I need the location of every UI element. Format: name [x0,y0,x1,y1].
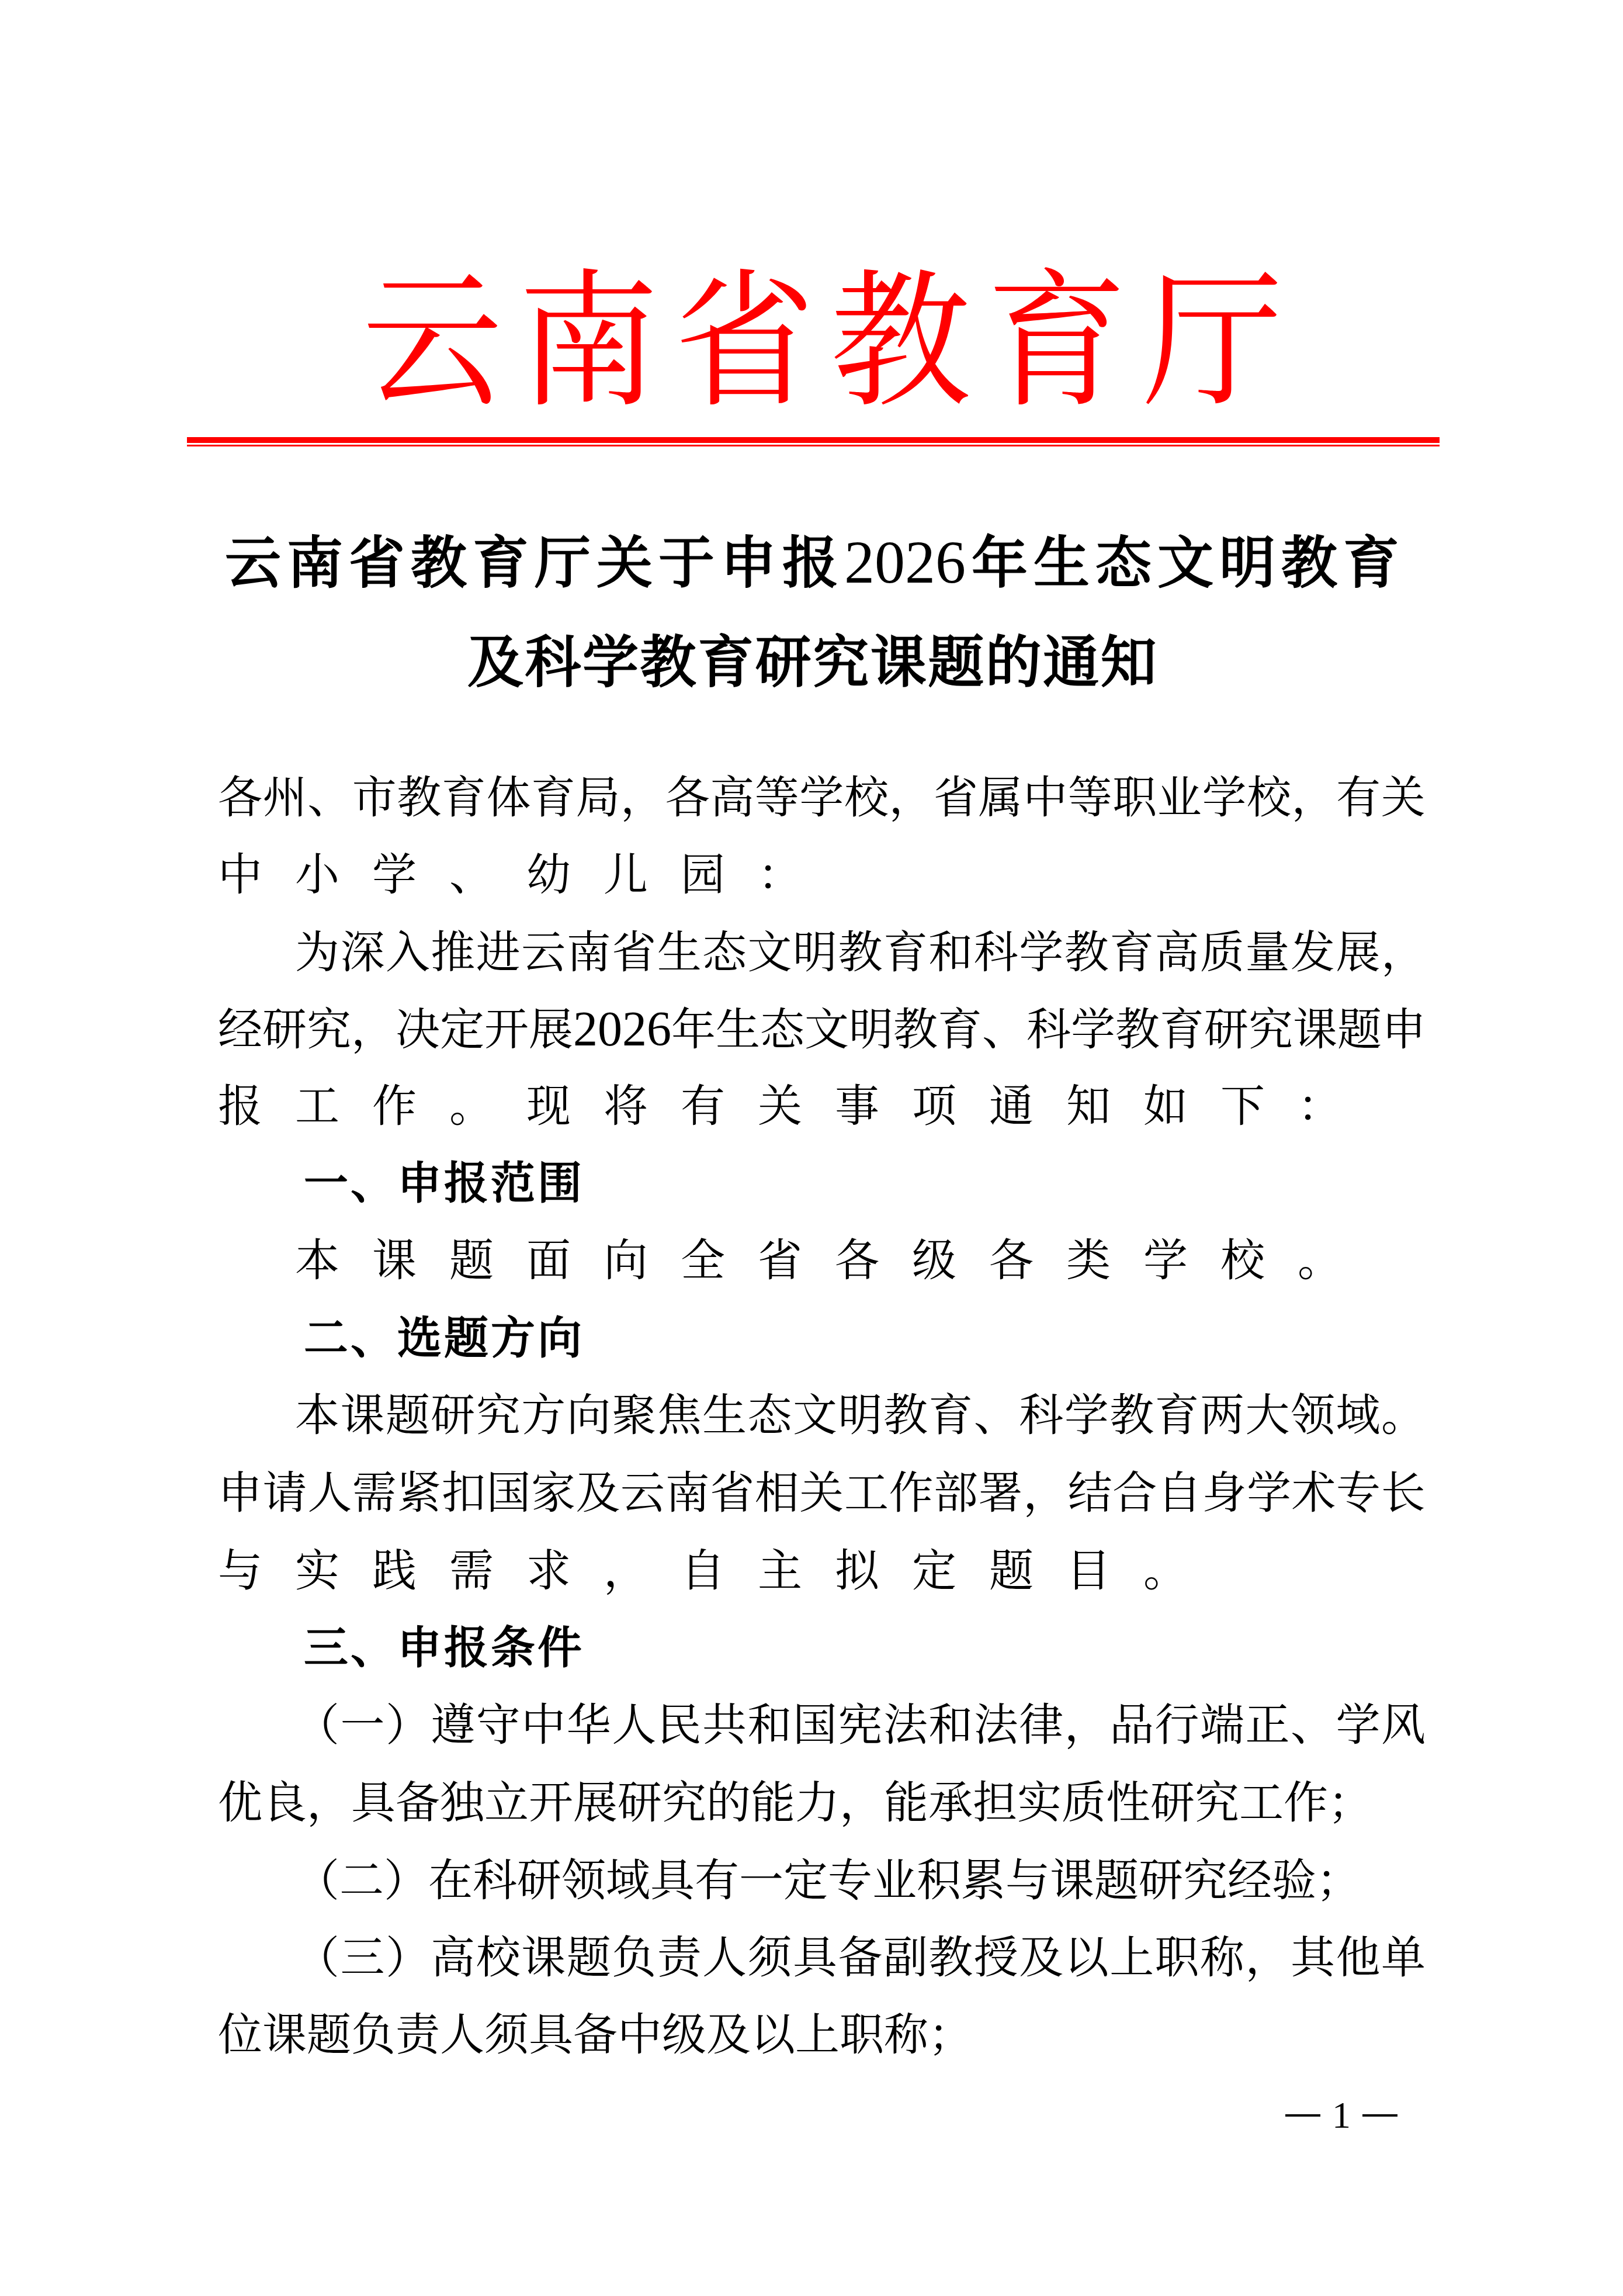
masthead-char: 教 [831,268,971,415]
masthead-red-rule-thin [187,445,1440,446]
masthead-org-name: 云 南 省 教 育 厅 [187,266,1440,418]
eligibility-item-1-line-1: （一）遵守中华人民共和国宪法和法律，品行端正、学风 [295,1696,1426,1754]
document-title-line-2: 及科学教育研究课题的通知 [467,627,1157,697]
addressee-line-2: 中小学、幼儿园： [218,846,1426,904]
masthead-char: 厅 [1143,268,1283,415]
eligibility-item-3-line-2: 位课题负责人须具备中级及以上职称； [218,2006,887,2064]
document-title-line-1: 云南省教育厅关于申报2026年生态文明教育 [225,528,1399,598]
intro-paragraph-line-2: 经研究，决定开展2026年生态文明教育、科学教育研究课题申 [218,1000,1426,1059]
section-heading-scope: 一、申报范围 [304,1154,584,1213]
page-number-dash-left [1285,2114,1320,2117]
section-topic-line-1: 本课题研究方向聚焦生态文明教育、科学教育两大领域。 [295,1386,1426,1445]
eligibility-item-3-line-1: （三）高校课题负责人须具备副教授及以上职称，其他单 [295,1928,1426,1987]
intro-paragraph-line-1: 为深入推进云南省生态文明教育和科学教育高质量发展， [295,923,1426,982]
masthead-char: 南 [518,268,658,415]
eligibility-item-1-line-2: 优良，具备独立开展研究的能力，能承担实质性研究工作； [218,1774,1351,1832]
masthead-char: 省 [674,268,814,415]
intro-paragraph-line-3: 报工作。现将有关事项通知如下： [218,1077,1426,1135]
section-heading-eligibility: 三、申报条件 [304,1619,584,1677]
eligibility-item-2: （二）在科研领域具有一定专业积累与课题研究经验； [295,1851,1351,1910]
page-number-dash-right [1362,2114,1397,2117]
addressee-line-1: 各州、市教育体育局，各高等学校，省属中等职业学校，有关 [218,768,1426,827]
section-topic-line-2: 申请人需紧扣国家及云南省相关工作部署，结合自身学术专长 [218,1464,1426,1522]
page-number: 1 [1285,2095,1397,2136]
masthead-red-rule-thick [187,437,1440,443]
section-scope-text: 本课题面向全省各级各类学校。 [295,1231,1426,1290]
masthead-char: 育 [987,268,1127,415]
page-number-value: 1 [1332,2094,1351,2137]
section-heading-topic-direction: 二、选题方向 [304,1309,584,1367]
masthead-char: 云 [362,268,502,415]
document-page: 云 南 省 教 育 厅 云南省教育厅关于申报2026年生态文明教育 及科学教育研… [0,0,1623,2296]
section-topic-line-3: 与实践需求，自主拟定题目。 [218,1542,1426,1600]
